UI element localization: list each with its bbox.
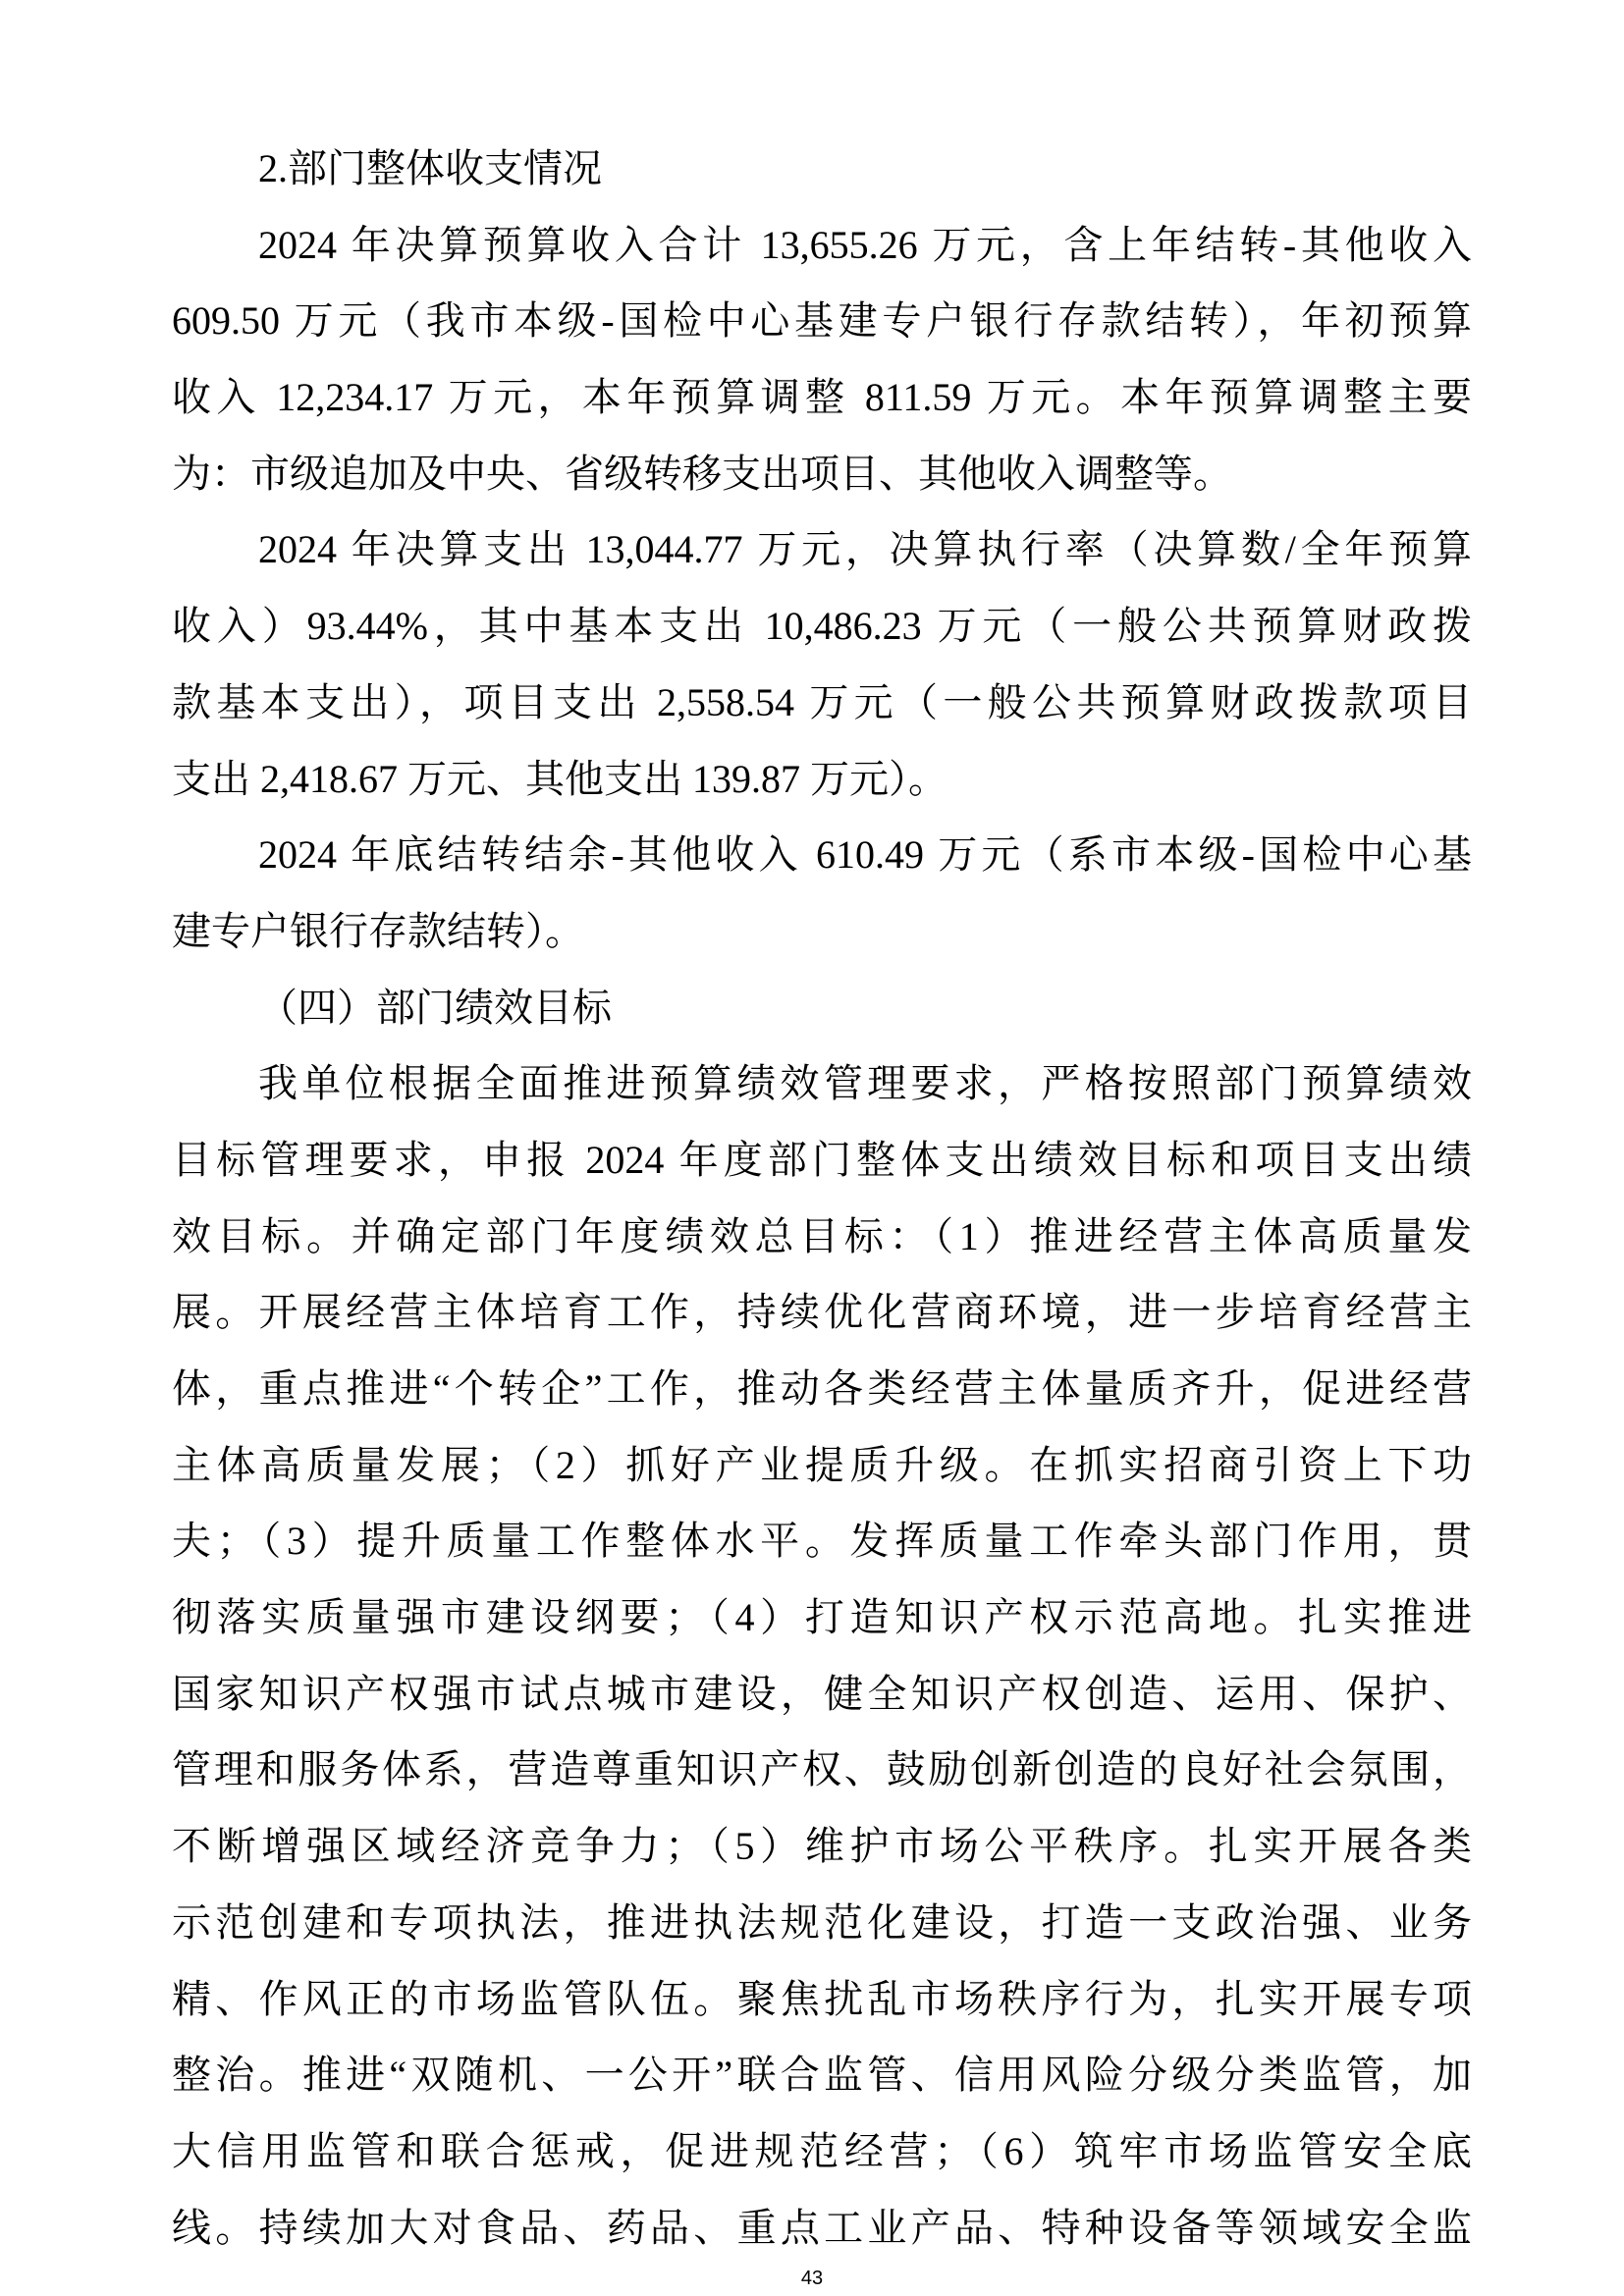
page-number: 43 bbox=[0, 2268, 1624, 2290]
document-page: 2.部门整体收支情况 2024 年决算预算收入合计 13,655.26 万元，含… bbox=[0, 0, 1624, 2296]
paragraph-line: 示范创建和专项执法，推进执法规范化建设，打造一支政治强、业务 bbox=[172, 1899, 1472, 1976]
paragraph-line: 效目标。并确定部门年度绩效总目标：（1）推进经营主体高质量发 bbox=[172, 1213, 1472, 1290]
paragraph-line: 夫；（3）提升质量工作整体水平。发挥质量工作牵头部门作用，贯 bbox=[172, 1518, 1472, 1594]
paragraph-line: 建专户银行存款结转）。 bbox=[172, 908, 1472, 985]
paragraph-line: 展。开展经营主体培育工作，持续优化营商环境，进一步培育经营主 bbox=[172, 1289, 1472, 1365]
paragraph-line: 收入 12,234.17 万元，本年预算调整 811.59 万元。本年预算调整主… bbox=[172, 374, 1472, 451]
paragraph-line: 管理和服务体系，营造尊重知识产权、鼓励创新创造的良好社会氛围， bbox=[172, 1746, 1472, 1823]
paragraph-line: 精、作风正的市场监管队伍。聚焦扰乱市场秩序行为，扎实开展专项 bbox=[172, 1976, 1472, 2053]
paragraph-line: 我单位根据全面推进预算绩效管理要求，严格按照部门预算绩效 bbox=[172, 1060, 1472, 1137]
paragraph-line: 609.50 万元（我市本级-国检中心基建专户银行存款结转），年初预算 bbox=[172, 297, 1472, 374]
paragraph-line: 收入）93.44%，其中基本支出 10,486.23 万元（一般公共预算财政拨 bbox=[172, 603, 1472, 679]
paragraph-line: 为：市级追加及中央、省级转移支出项目、其他收入调整等。 bbox=[172, 451, 1472, 527]
paragraph-line: 整治。推进“双随机、一公开”联合监管、信用风险分级分类监管，加 bbox=[172, 2052, 1472, 2128]
paragraph-line: 支出 2,418.67 万元、其他支出 139.87 万元）。 bbox=[172, 756, 1472, 832]
paragraph-line: 2024 年底结转结余-其他收入 610.49 万元（系市本级-国检中心基 bbox=[172, 831, 1472, 908]
paragraph-line: 2024 年决算预算收入合计 13,655.26 万元，含上年结转-其他收入 bbox=[172, 222, 1472, 298]
section-heading-income-expenditure: 2.部门整体收支情况 bbox=[172, 145, 1472, 222]
paragraph-line: 不断增强区域经济竞争力；（5）维护市场公平秩序。扎实开展各类 bbox=[172, 1823, 1472, 1899]
body-text: 2.部门整体收支情况 2024 年决算预算收入合计 13,655.26 万元，含… bbox=[172, 145, 1472, 2280]
paragraph-line: 款基本支出），项目支出 2,558.54 万元（一般公共预算财政拨款项目 bbox=[172, 679, 1472, 756]
paragraph-line: 大信用监管和联合惩戒，促进规范经营；（6）筑牢市场监管安全底 bbox=[172, 2128, 1472, 2205]
paragraph-line: 主体高质量发展；（2）抓好产业提质升级。在抓实招商引资上下功 bbox=[172, 1442, 1472, 1519]
section-heading-performance-goals: （四）部门绩效目标 bbox=[172, 985, 1472, 1061]
paragraph-line: 彻落实质量强市建设纲要；（4）打造知识产权示范高地。扎实推进 bbox=[172, 1594, 1472, 1671]
paragraph-line: 体，重点推进“个转企”工作，推动各类经营主体量质齐升，促进经营 bbox=[172, 1365, 1472, 1442]
paragraph-line: 目标管理要求，申报 2024 年度部门整体支出绩效目标和项目支出绩 bbox=[172, 1137, 1472, 1213]
paragraph-line: 2024 年决算支出 13,044.77 万元，决算执行率（决算数/全年预算 bbox=[172, 526, 1472, 603]
paragraph-line: 国家知识产权强市试点城市建设，健全知识产权创造、运用、保护、 bbox=[172, 1671, 1472, 1747]
